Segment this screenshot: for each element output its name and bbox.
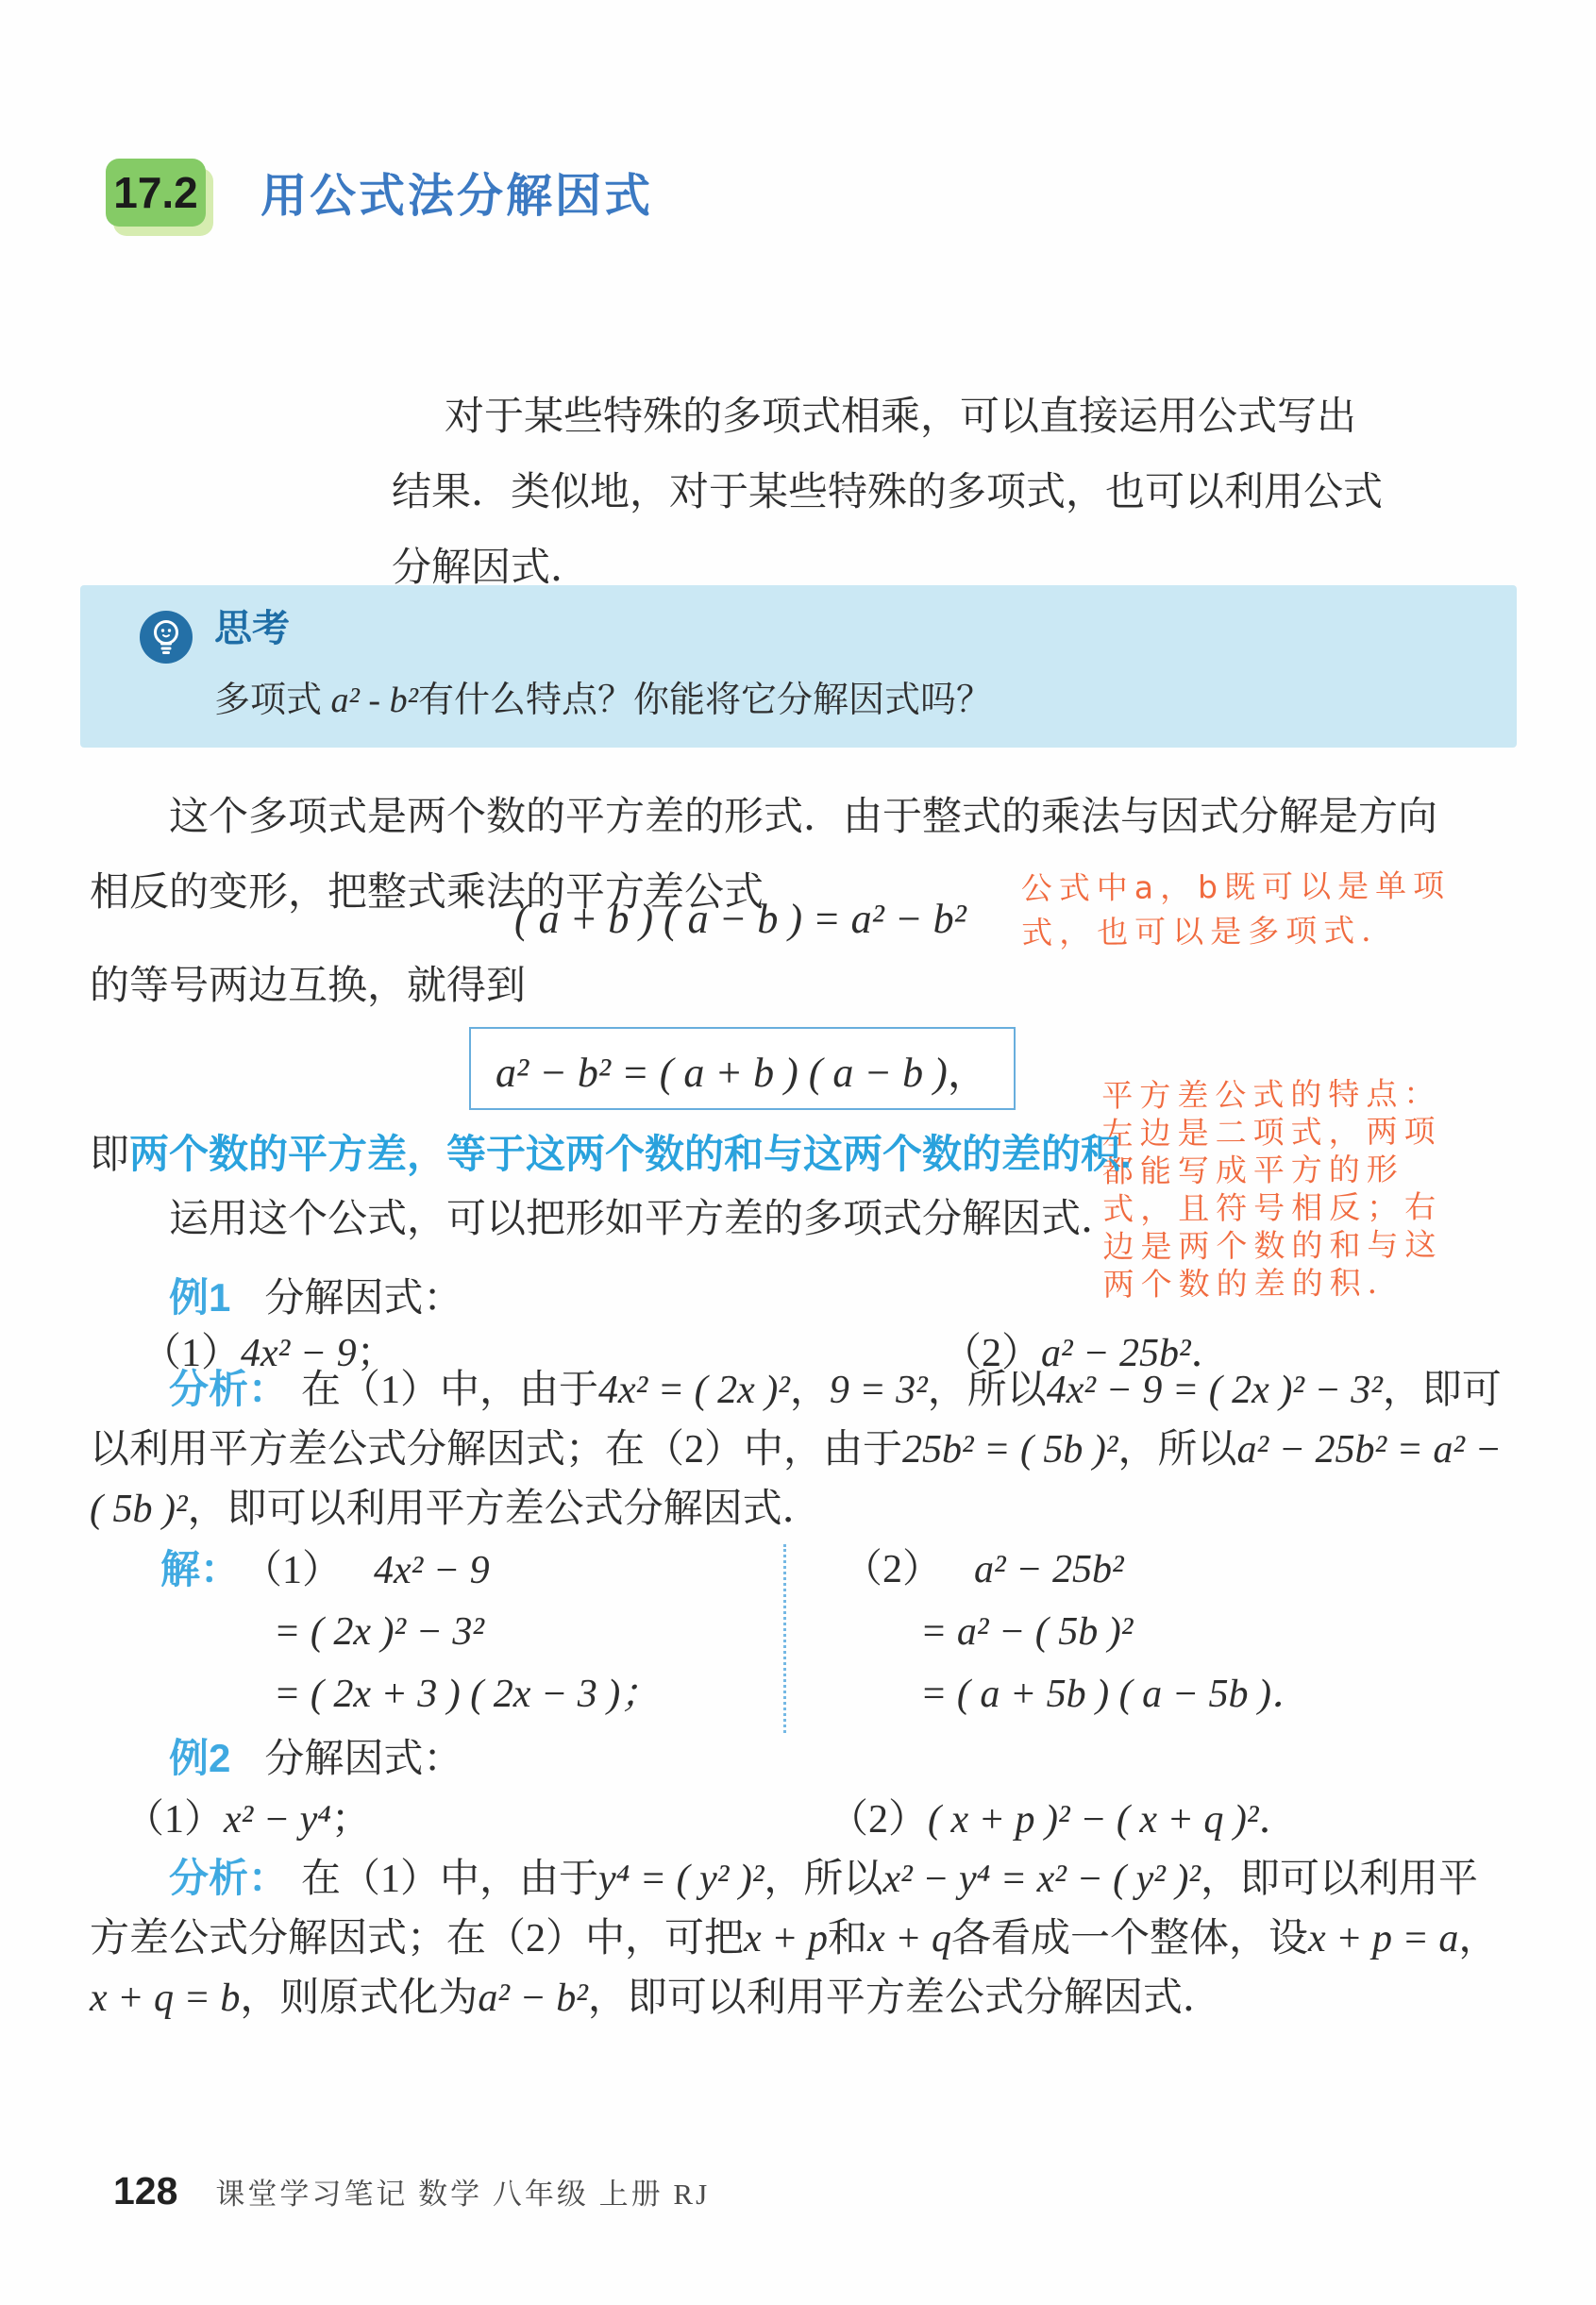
example2-analysis: 分析：在（1）中，由于y⁴ = ( y² )²，所以x² − y⁴ = x² −… bbox=[90, 1848, 1505, 2028]
solution-column-2: （2）a² − 25b² = a² − ( 5b )² = ( a + 5b )… bbox=[843, 1539, 1311, 1725]
example1-title: 分解因式： bbox=[264, 1277, 462, 1321]
key-sentence: 即两个数的平方差，等于这两个数的和与这两个数的差的积. bbox=[90, 1123, 1132, 1180]
page-number: 128 bbox=[113, 2169, 177, 2213]
example2-items: （1）x² − y⁴； （2）( x + p )² − ( x + q )²． bbox=[0, 1788, 1596, 1844]
solution1-marker: （1） bbox=[262, 1549, 342, 1592]
lightbulb-icon bbox=[139, 610, 193, 665]
example1-label: 例1 bbox=[169, 1275, 230, 1320]
page-footer: 128 课堂学习笔记 数学 八年级 上册 RJ bbox=[113, 2169, 710, 2213]
formula-product: ( a + b ) ( a − b ) = a² − b² bbox=[514, 895, 966, 943]
solution2-step-2: = ( a + 5b ) ( a − 5b )． bbox=[920, 1663, 1311, 1725]
solution1-expr: 4x² − 9 bbox=[374, 1549, 490, 1592]
solution1-expression: 解：（1）4x² − 9 bbox=[160, 1539, 660, 1601]
intro-paragraph: 对于某些特殊的多项式相乘，可以直接运用公式写出结果．类似地，对于某些特殊的多项式… bbox=[392, 379, 1392, 606]
solution2-expression: （2）a² − 25b² bbox=[843, 1539, 1311, 1601]
solution1-step-1: = ( 2x )² − 3² bbox=[274, 1601, 660, 1663]
example2-title: 分解因式： bbox=[264, 1738, 462, 1781]
example2-heading: 例2分解因式： bbox=[169, 1727, 462, 1784]
solution2-expr: a² − 25b² bbox=[974, 1548, 1124, 1591]
solution-label: 解： bbox=[160, 1547, 240, 1591]
example2-label: 例2 bbox=[169, 1736, 230, 1780]
think-label: 思考 bbox=[214, 598, 290, 652]
textbook-page: 17.2 用公式法分解因式 对于某些特殊的多项式相乘，可以直接运用公式写出结果．… bbox=[0, 0, 1596, 2305]
boxed-factoring-formula: a² − b² = ( a + b ) ( a − b )， bbox=[469, 1027, 1016, 1110]
solution2-marker: （2） bbox=[843, 1548, 942, 1591]
solution-column-1: 解：（1）4x² − 9 = ( 2x )² − 3² = ( 2x + 3 )… bbox=[160, 1539, 660, 1725]
section-header: 17.2 用公式法分解因式 bbox=[106, 159, 653, 227]
column-divider bbox=[783, 1544, 786, 1733]
footer-text: 课堂学习笔记 数学 八年级 上册 RJ bbox=[215, 2170, 710, 2212]
solution1-step-2: = ( 2x + 3 ) ( 2x − 3 )； bbox=[274, 1663, 660, 1725]
think-question: 多项式 a² - b²有什么特点？你能将它分解因式吗？ bbox=[214, 670, 992, 722]
example2-item-2: （2）( x + p )² − ( x + q )²． bbox=[829, 1788, 1298, 1844]
example2-item-1: （1）x² − y⁴； bbox=[125, 1788, 371, 1844]
solution2-step-1: = a² − ( 5b )² bbox=[920, 1601, 1311, 1663]
section-number-badge: 17.2 bbox=[106, 159, 206, 227]
think-box: 思考 多项式 a² - b²有什么特点？你能将它分解因式吗？ bbox=[80, 585, 1517, 748]
example1-solution: 解：（1）4x² − 9 = ( 2x )² − 3² = ( 2x + 3 )… bbox=[0, 1539, 1596, 1739]
example1-analysis: 分析：在（1）中，由于4x² = ( 2x )²，9 = 3²，所以4x² − … bbox=[90, 1359, 1505, 1539]
paragraph-apply-formula: 运用这个公式，可以把形如平方差的多项式分解因式． bbox=[90, 1182, 1120, 1257]
margin-note-monomial: 公式中a，b既可以是单项式，也可以是多项式． bbox=[1021, 863, 1452, 954]
paragraph-swap-sides: 的等号两边互换，就得到 bbox=[90, 949, 526, 1024]
example1-heading: 例1分解因式： bbox=[169, 1267, 462, 1323]
margin-note-formula-features: 平方差公式的特点：左边是二项式，两项都能写成平方的形式，且符号相反；右边是两个数… bbox=[1101, 1075, 1443, 1304]
page-title: 用公式法分解因式 bbox=[260, 160, 653, 226]
